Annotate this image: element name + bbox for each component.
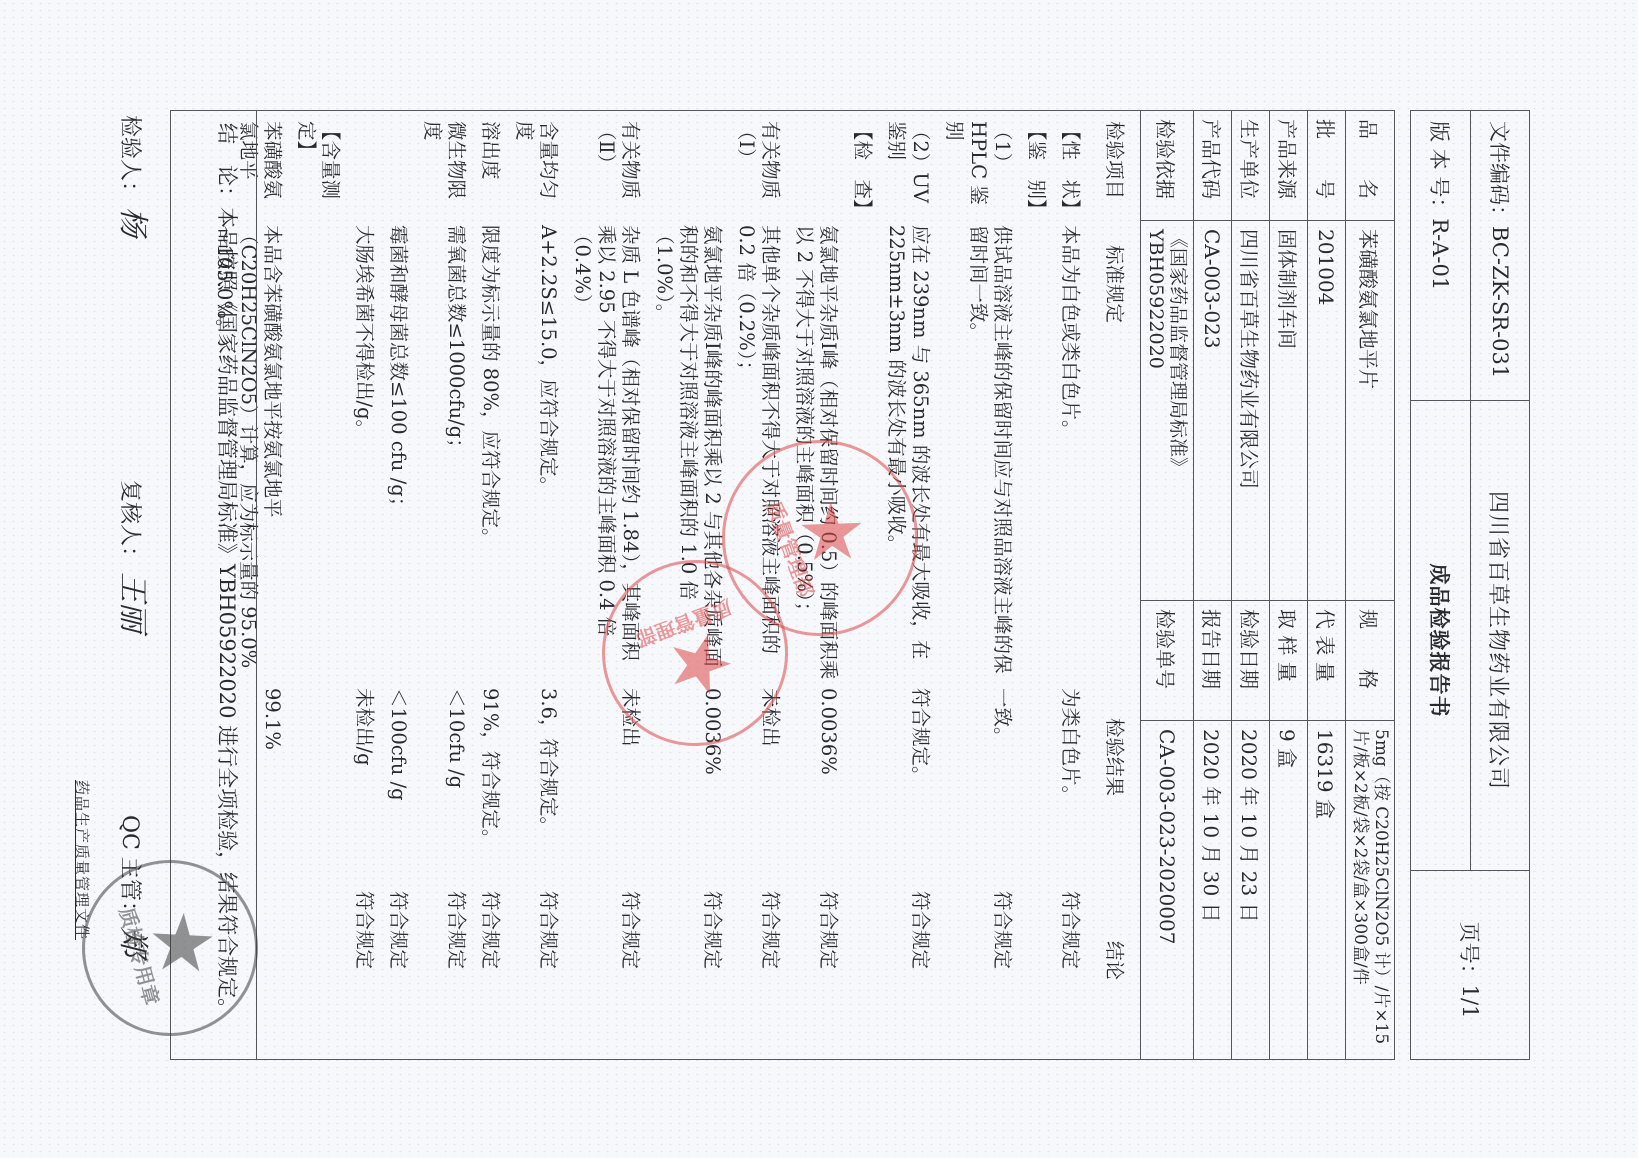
cell-res [294,688,342,883]
batch-label: 批 号 [1307,111,1345,221]
cell-item: 有关物质（Ⅰ） [734,121,782,217]
cell-item: 【鉴 别】 [1024,121,1048,217]
cell-res: 0.0036% [652,688,724,883]
quantity-value: 16319 盒 [1307,721,1345,1059]
batch-value: 201004 [1307,221,1345,601]
page-number: 页号：1/1 [1411,871,1529,1059]
test-results: 检验项目 标准规定 检验结果 结论 【性 状】本品为白色或类白色片。为类白色片。… [212,111,1140,1059]
cell-item: 【检 查】 [850,121,874,217]
product-name: 苯磺酸氨氯地平片 [1345,221,1394,601]
table-row: 微生物限度需氧菌总数≤1000cfu/g；＜10cfu /g符合规定 [420,121,468,1049]
cell-std: 本品为白色或类白色片。 [1058,225,1082,680]
cell-std: 其他单个杂质峰面积不得大于对照溶液主峰面积的 0.2 倍（0.2%）； [734,225,782,680]
report-no-label: 检验单号 [1140,601,1193,721]
cell-res: 未检出 [570,688,642,883]
product-code-value: CA-003-023 [1193,221,1231,601]
cell-res: 未检出/g [352,688,376,883]
table-row: 氨氯地平杂质Ⅰ峰（相对保留时间约 0.5）的峰面积乘以 2 不得大于对照溶液的主… [792,121,840,1049]
cell-con: 符合规定 [352,891,376,1049]
inspection-report-page: 文件编码：BC-ZK-SR-031 四川省百草生物药业有限公司 页号：1/1 版… [0,0,1638,1158]
table-row: （2）UV 鉴别应在 239nm 与 365nm 的波长处有最大吸收，在 225… [884,121,932,1049]
sample-label: 取 样 量 [1269,601,1307,721]
cell-con [294,891,342,1049]
cell-con: 符合规定 [734,891,782,1049]
cell-con: 符合规定 [420,891,468,1049]
document-header: 文件编码：BC-ZK-SR-031 四川省百草生物药业有限公司 页号：1/1 版… [1410,110,1530,1060]
cell-con: 符合规定 [942,891,1014,1049]
report-date-label: 报告日期 [1193,601,1231,721]
col-standard: 标准规定 [1102,225,1126,680]
source-value: 固体制剂车间 [1269,221,1307,601]
results-rows: 【性 状】本品为白色或类白色片。为类白色片。符合规定【鉴 别】（1）HPLC 鉴… [212,121,1082,1049]
quantity-label: 代 表 量 [1307,601,1345,721]
source-label: 产品来源 [1269,111,1307,221]
cell-std: A+2.2S≤15.0，应符合规定。 [512,225,560,680]
cell-std: 应在 239nm 与 365nm 的波长处有最大吸收，在 225nm±3nm 的… [884,225,932,680]
cell-std [294,225,342,680]
product-name-label: 品 名 [1345,111,1394,221]
table-row: 氨氯地平杂质Ⅰ峰的峰面积乘以 2 与其他各杂质峰面积的和不得大于对照溶液主峰面积… [652,121,724,1049]
qc-signature: QC 主管：郑 [114,815,158,957]
report-date-value: 2020 年 10 月 30 日 [1193,721,1231,1059]
cell-item [792,121,840,217]
conclusion-text: 本品按照《国家药品监督管理局标准》YBH05922020 进行全项检验，结果符合… [215,207,239,1019]
cell-item: 【含量测定】 [294,121,342,217]
table-row: 【性 状】本品为白色或类白色片。为类白色片。符合规定 [1058,121,1082,1049]
version: 版 本 号：R-A-01 [1411,111,1470,401]
basis-label: 检验依据 [1140,111,1193,221]
cell-item [386,121,410,217]
cell-res: 为类白色片。 [1058,688,1082,883]
basis-value: 《国家药品监督管理局标准》YBH05922020 [1140,221,1193,601]
cell-con: 符合规定 [884,891,932,1049]
cell-con: 符合规定 [478,891,502,1049]
cell-item: 有关物质（Ⅱ） [570,121,642,217]
cell-con: 符合规定 [792,891,840,1049]
company-name: 四川省百草生物药业有限公司 [1470,401,1529,871]
cell-con: 符合规定 [386,891,410,1049]
cell-std: 氨氯地平杂质Ⅰ峰（相对保留时间约 0.5）的峰面积乘以 2 不得大于对照溶液的主… [792,225,840,680]
cell-std [850,225,874,680]
cell-item: （1）HPLC 鉴别 [942,121,1014,217]
conclusion: 结 论：本品按照《国家药品监督管理局标准》YBH05922020 进行全项检验，… [171,111,257,1059]
cell-res: 一致。 [942,688,1014,883]
cell-res: 91%，符合规定。 [478,688,502,883]
cell-item: 【性 状】 [1058,121,1082,217]
spec-value: 5mg（按 C20H25ClN2O5 计）/片×15片/板×2板/袋×2袋/盒×… [1345,721,1394,1059]
col-conclusion: 结论 [1102,891,1126,1049]
cell-item: 含量均匀度 [512,121,560,217]
table-row: 有关物质（Ⅱ）杂质 L 色谱峰（相对保留时间约 1.84），其峰面积乘以 2.9… [570,121,642,1049]
report-no-value: CA-003-023-2020007 [1140,721,1193,1059]
table-row: 有关物质（Ⅰ）其他单个杂质峰面积不得大于对照溶液主峰面积的 0.2 倍（0.2%… [734,121,782,1049]
cell-std: 大肠埃希菌不得检出/g。 [352,225,376,680]
cell-item: 微生物限度 [420,121,468,217]
cell-std: 霉菌和酵母菌总数≤100 cfu /g； [386,225,410,680]
table-row: 溶出度限度为标示量的 80%，应符合规定。91%，符合规定。符合规定 [478,121,502,1049]
col-item: 检验项目 [1102,121,1126,217]
cell-con [1024,891,1048,1049]
product-info-grid: 品 名 苯磺酸氨氯地平片 规 格 5mg（按 C20H25ClN2O5 计）/片… [1140,111,1394,1059]
cell-item [652,121,724,217]
cell-res: 0.0036% [792,688,840,883]
sample-value: 9 盒 [1269,721,1307,1059]
cell-std: 供试品溶液主峰的保留时间应与对照品溶液主峰的保留时间一致。 [942,225,1014,680]
cell-con: 符合规定 [652,891,724,1049]
manufacturer-label: 生产单位 [1231,111,1269,221]
report-frame: 品 名 苯磺酸氨氯地平片 规 格 5mg（按 C20H25ClN2O5 计）/片… [170,110,1395,1060]
cell-res: ＜100cfu /g [386,688,410,883]
table-row: 含量均匀度A+2.2S≤15.0，应符合规定。3.6，符合规定。符合规定 [512,121,560,1049]
cell-std [1024,225,1048,680]
table-row: （1）HPLC 鉴别供试品溶液主峰的保留时间应与对照品溶液主峰的保留时间一致。一… [942,121,1014,1049]
cell-res: 未检出 [734,688,782,883]
cell-item: （2）UV 鉴别 [884,121,932,217]
cell-res: ＜10cfu /g [420,688,468,883]
cell-res: 3.6，符合规定。 [512,688,560,883]
report-title: 成品检验报告书 [1411,401,1470,871]
cell-res: 符合规定。 [884,688,932,883]
cell-std: 需氧菌总数≤1000cfu/g； [420,225,468,680]
table-row: 霉菌和酵母菌总数≤100 cfu /g；＜100cfu /g符合规定 [386,121,410,1049]
cell-con [850,891,874,1049]
table-row: 【含量测定】 [294,121,342,1049]
test-date-value: 2020 年 10 月 23 日 [1231,721,1269,1059]
manufacturer-value: 四川省百草生物药业有限公司 [1231,221,1269,601]
doc-code: 文件编码：BC-ZK-SR-031 [1470,111,1529,401]
table-row: 大肠埃希菌不得检出/g。未检出/g符合规定 [352,121,376,1049]
cell-item: 溶出度 [478,121,502,217]
inspector-signature: 检验人：杨 [114,115,158,237]
cell-res [1024,688,1048,883]
cell-item [352,121,376,217]
spec-label: 规 格 [1345,601,1394,721]
results-header: 检验项目 标准规定 检验结果 结论 [1102,121,1126,1049]
cell-con: 符合规定 [512,891,560,1049]
footer-note: 药品生产质量管理文件 [72,780,93,940]
cell-std: 杂质 L 色谱峰（相对保留时间约 1.84），其峰面积乘以 2.95 不得大于对… [570,225,642,680]
cell-std: 氨氯地平杂质Ⅰ峰的峰面积乘以 2 与其他各杂质峰面积的和不得大于对照溶液主峰面积… [652,225,724,680]
cell-con: 符合规定 [570,891,642,1049]
table-row: 【鉴 别】 [1024,121,1048,1049]
cell-res [850,688,874,883]
reviewer-signature: 复核人：王丽 [114,480,158,632]
product-code-label: 产品代码 [1193,111,1231,221]
cell-con: 符合规定 [1058,891,1082,1049]
col-result: 检验结果 [1102,688,1126,883]
table-row: 【检 查】 [850,121,874,1049]
cell-std: 限度为标示量的 80%，应符合规定。 [478,225,502,680]
test-date-label: 检验日期 [1231,601,1269,721]
